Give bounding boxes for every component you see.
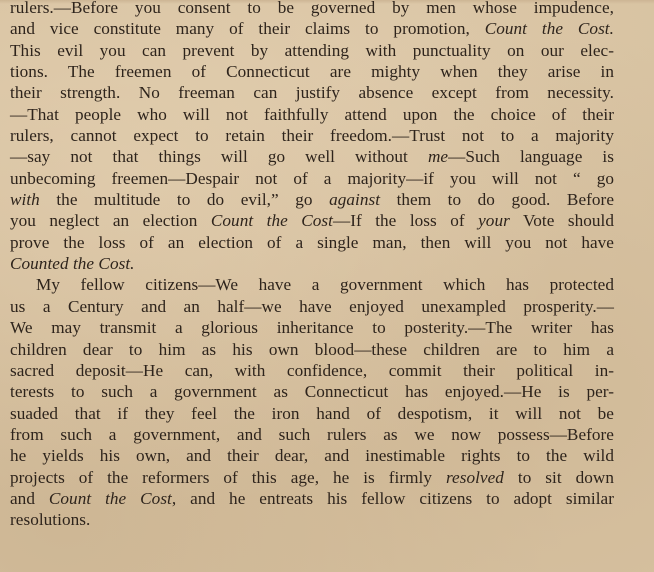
text-line: children dear to him as his own blood—th… xyxy=(10,339,614,360)
text-segment: terests to such a government as Connecti… xyxy=(10,382,614,401)
text-segment: —Such language is xyxy=(448,147,614,166)
text-segment: This evil you can prevent by attending w… xyxy=(10,41,614,60)
text-line: their strength. No freeman can justify a… xyxy=(10,82,614,103)
text-segment: sacred deposit—He can, with confidence, … xyxy=(10,361,614,380)
text-segment: children dear to him as his own blood—th… xyxy=(10,340,614,359)
text-segment: projects of the reformers of this age, h… xyxy=(10,468,446,487)
text-line: you neglect an election Count the Cost—I… xyxy=(10,210,614,231)
text-segment: to sit down xyxy=(504,468,614,487)
paragraph-p1: rulers.—Before you consent to be governe… xyxy=(10,0,614,274)
text-line: from such a government, and such rulers … xyxy=(10,424,614,445)
text-segment: them to do good. Before xyxy=(380,190,614,209)
text-line: he yields his own, and their dear, and i… xyxy=(10,445,614,466)
text-segment: , and he entreats his fellow citizens to… xyxy=(172,489,614,508)
text-line: and vice constitute many of their claims… xyxy=(10,18,614,39)
italic-text: me xyxy=(428,147,448,166)
scanned-newspaper-page: rulers.—Before you consent to be governe… xyxy=(0,0,654,572)
italic-text: resolved xyxy=(446,468,504,487)
text-line: —That people who will not faithfully att… xyxy=(10,104,614,125)
text-line: tions. The freemen of Connecticut are mi… xyxy=(10,61,614,82)
italic-text: with xyxy=(10,190,40,209)
text-segment: you neglect an election xyxy=(10,211,211,230)
text-line: and Count the Cost, and he entreats his … xyxy=(10,488,614,509)
text-line: suaded that if they feel the iron hand o… xyxy=(10,403,614,424)
text-line: us a Century and an half—we have enjoyed… xyxy=(10,296,614,317)
text-segment: resolutions. xyxy=(10,510,90,529)
text-line: My fellow citizens—We have a government … xyxy=(10,274,614,295)
text-segment: My fellow citizens—We have a government … xyxy=(36,275,614,294)
italic-text: Count the Cost. xyxy=(485,19,614,38)
italic-text: Count the Cost xyxy=(49,489,172,508)
text-line: Counted the Cost. xyxy=(10,253,614,274)
text-line: rulers, cannot expect to retain their fr… xyxy=(10,125,614,146)
text-line: resolutions. xyxy=(10,509,614,530)
italic-text: against xyxy=(329,190,380,209)
article-text: rulers.—Before you consent to be governe… xyxy=(10,0,614,531)
text-segment: their strength. No freeman can justify a… xyxy=(10,83,614,102)
paragraph-p2: My fellow citizens—We have a government … xyxy=(10,274,614,530)
text-segment: and xyxy=(10,489,49,508)
text-segment: tions. The freemen of Connecticut are mi… xyxy=(10,62,614,81)
text-line: This evil you can prevent by attending w… xyxy=(10,40,614,61)
text-segment: unbecoming freemen—Despair not of a majo… xyxy=(10,169,614,188)
text-segment: Vote should xyxy=(510,211,614,230)
text-segment: suaded that if they feel the iron hand o… xyxy=(10,404,614,423)
text-segment: —If the loss of xyxy=(333,211,478,230)
text-segment: the multitude to do evil,” go xyxy=(40,190,329,209)
italic-text: Count the Cost xyxy=(211,211,333,230)
text-segment: We may transmit a glorious inheritance t… xyxy=(10,318,614,337)
text-line: prove the loss of an election of a singl… xyxy=(10,232,614,253)
text-line: unbecoming freemen—Despair not of a majo… xyxy=(10,168,614,189)
text-segment: and vice constitute many of their claims… xyxy=(10,19,485,38)
text-segment: us a Century and an half—we have enjoyed… xyxy=(10,297,614,316)
text-segment: he yields his own, and their dear, and i… xyxy=(10,446,614,465)
text-line: sacred deposit—He can, with confidence, … xyxy=(10,360,614,381)
text-segment: prove the loss of an election of a singl… xyxy=(10,233,614,252)
text-line: projects of the reformers of this age, h… xyxy=(10,467,614,488)
text-line: with the multitude to do evil,” go again… xyxy=(10,189,614,210)
italic-text: your xyxy=(478,211,510,230)
text-line: terests to such a government as Connecti… xyxy=(10,381,614,402)
text-line: —say not that things will go well withou… xyxy=(10,146,614,167)
text-segment: —That people who will not faithfully att… xyxy=(10,105,614,124)
text-segment: rulers, cannot expect to retain their fr… xyxy=(10,126,614,145)
text-segment: from such a government, and such rulers … xyxy=(10,425,614,444)
text-segment: rulers.—Before you consent to be governe… xyxy=(10,0,614,17)
text-segment: —say not that things will go well withou… xyxy=(10,147,428,166)
text-line: We may transmit a glorious inheritance t… xyxy=(10,317,614,338)
italic-text: Counted the Cost. xyxy=(10,254,135,273)
text-line: rulers.—Before you consent to be governe… xyxy=(10,0,614,18)
